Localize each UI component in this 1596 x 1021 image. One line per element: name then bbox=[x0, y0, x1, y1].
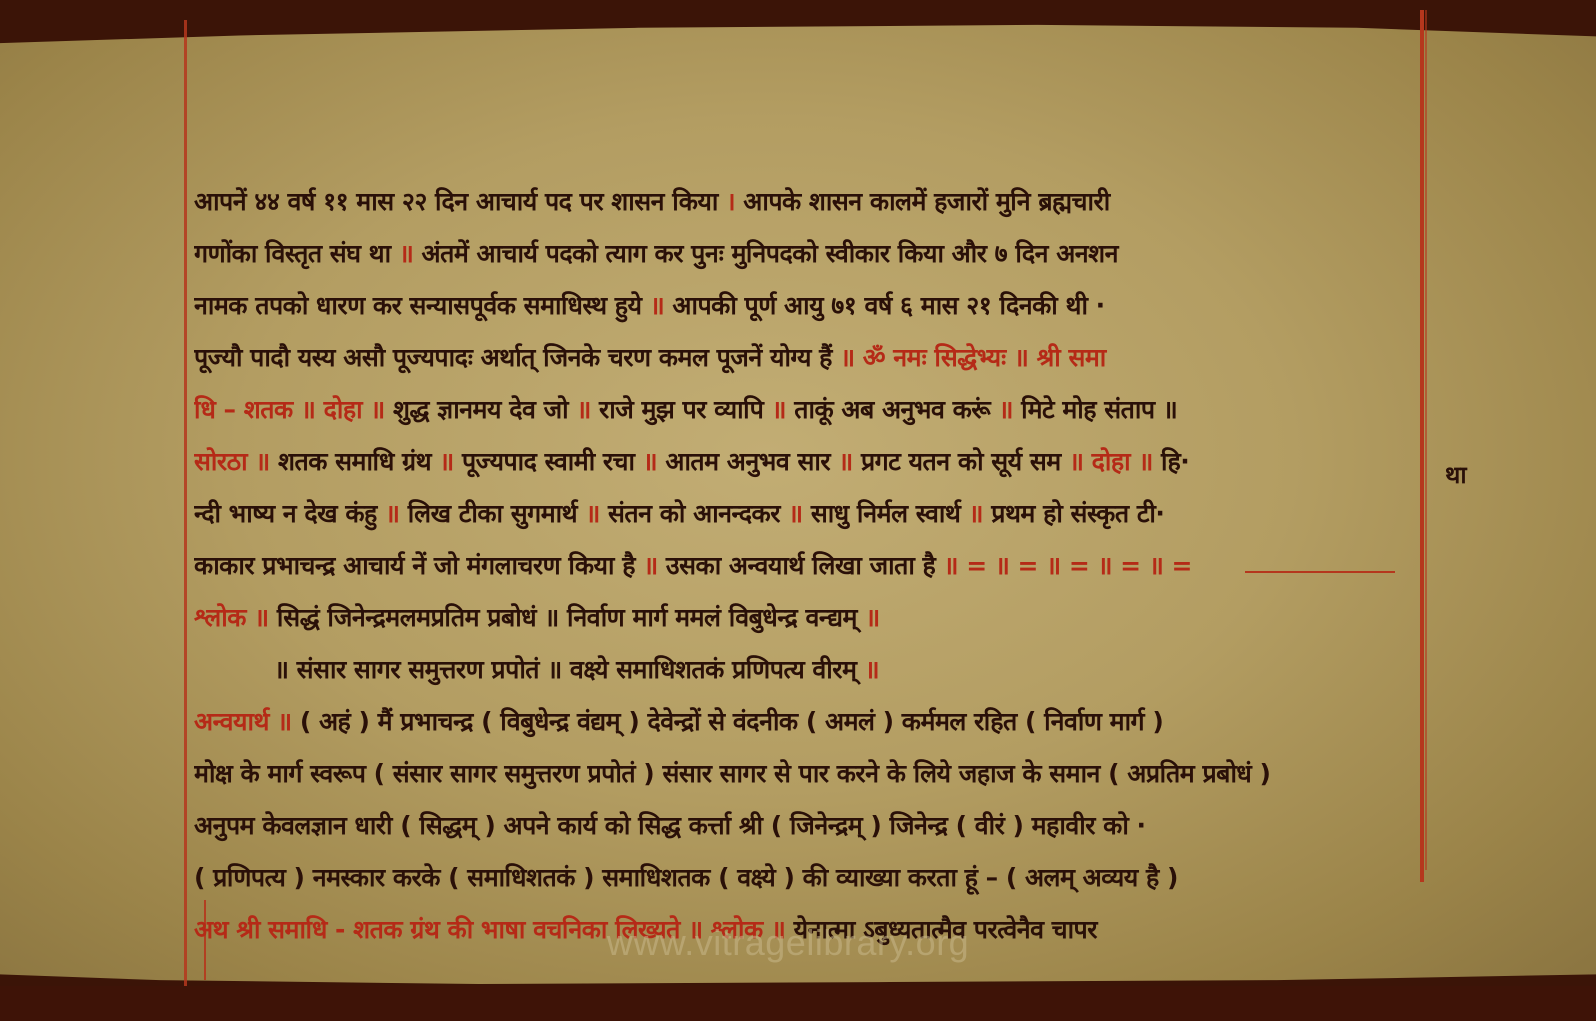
manuscript-line: ॥ संसार सागर समुत्तरण प्रपोतं ॥ वक्ष्ये … bbox=[194, 644, 1419, 696]
body-text: लिख टीका सुगमार्थ bbox=[399, 499, 585, 528]
body-text: अनुपम केवलज्ञान धारी ( सिद्धम् ) अपने का… bbox=[194, 811, 1146, 840]
manuscript-line: काकार प्रभाचन्द्र आचार्य नें जो मंगलाचरण… bbox=[194, 540, 1419, 592]
rubric-text: ॥ दोहा ॥ bbox=[1069, 447, 1153, 476]
watermark: www.vitragelibrary.org bbox=[548, 922, 1028, 964]
rubric-text: ॥ bbox=[643, 551, 657, 580]
body-text: नामक तपको धारण कर सन्यासपूर्वक समाधिस्थ … bbox=[194, 291, 650, 320]
manuscript-line: अनुपम केवलज्ञान धारी ( सिद्धम् ) अपने का… bbox=[194, 800, 1419, 852]
rubric-text: ॥ bbox=[439, 447, 453, 476]
manuscript-line: अन्वयार्थ ॥ ( अहं ) मैं प्रभाचन्द्र ( वि… bbox=[194, 696, 1419, 748]
manuscript-line: गणोंका विस्तृत संघ था ॥ अंतमें आचार्य पद… bbox=[194, 228, 1419, 280]
body-text: सिद्धं जिनेन्द्रमलमप्रतिम प्रबोधं ॥ निर्… bbox=[269, 603, 866, 632]
body-text: आपकी पूर्ण आयु ७१ वर्ष ६ मास २१ दिनकी थी… bbox=[664, 291, 1104, 320]
body-text: आपनें ४४ वर्ष ११ मास २२ दिन आचार्य पद पर… bbox=[194, 187, 726, 216]
body-text: उसका अन्वयार्थ लिखा जाता है bbox=[658, 551, 944, 580]
manuscript-line: सोरठा ॥ शतक समाधि ग्रंथ ॥ पूज्यपाद स्वाम… bbox=[194, 436, 1419, 488]
body-text: आपके शासन कालमें हजारों मुनि ब्रह्मचारी bbox=[735, 187, 1110, 216]
body-text: प्रथम हो संस्कृत टी· bbox=[983, 499, 1164, 528]
rubric-text: ॥ bbox=[385, 499, 399, 528]
body-text: राजे मुझ पर व्यापि bbox=[591, 395, 772, 424]
manuscript-photo: आपनें ४४ वर्ष ११ मास २२ दिन आचार्य पद पर… bbox=[0, 0, 1596, 1021]
rubric-text: ॥ bbox=[998, 395, 1012, 424]
rubric-text: सोरठा ॥ bbox=[194, 447, 270, 476]
body-text: ताकूं अब अनुभव करूं bbox=[786, 395, 998, 424]
rubric-text: ॥ bbox=[838, 447, 852, 476]
rubric-text: अन्वयार्थ ॥ bbox=[194, 707, 292, 736]
body-text: शतक समाधि ग्रंथ bbox=[270, 447, 440, 476]
body-text: मोक्ष के मार्ग स्वरूप ( संसार सागर समुत्… bbox=[194, 759, 1270, 788]
bottom-background-edge bbox=[0, 986, 1596, 1021]
left-margin-rule bbox=[184, 20, 187, 988]
body-text: पूज्यौ पादौ यस्य असौ पूज्यपादः अर्थात् ज… bbox=[194, 343, 840, 372]
rubric-text: ॥ bbox=[772, 395, 786, 424]
rubric-text: श्लोक ॥ bbox=[194, 603, 269, 632]
rubric-text: ॥ bbox=[865, 655, 879, 684]
rubric-text: ॥ = ॥ = ॥ = ॥ = ॥ = bbox=[944, 551, 1192, 580]
manuscript-line: ( प्रणिपत्य ) नमस्कार करके ( समाधिशतकं )… bbox=[194, 852, 1419, 904]
manuscript-line: श्लोक ॥ सिद्धं जिनेन्द्रमलमप्रतिम प्रबोध… bbox=[194, 592, 1419, 644]
rubric-text: ॥ bbox=[650, 291, 664, 320]
manuscript-text: आपनें ४४ वर्ष ११ मास २२ दिन आचार्य पद पर… bbox=[194, 176, 1419, 956]
rubric-text: ॥ bbox=[643, 447, 657, 476]
margin-note: था bbox=[1445, 458, 1467, 491]
body-text: हि· bbox=[1153, 447, 1189, 476]
manuscript-line: नामक तपको धारण कर सन्यासपूर्वक समाधिस्थ … bbox=[194, 280, 1419, 332]
rubric-text: ॥ bbox=[969, 499, 983, 528]
body-text: शुद्ध ज्ञानमय देव जो bbox=[385, 395, 577, 424]
red-dash-mark bbox=[1245, 571, 1395, 573]
body-text: अंतमें आचार्य पदको त्याग कर पुनः मुनिपदक… bbox=[413, 239, 1118, 268]
body-text: काकार प्रभाचन्द्र आचार्य नें जो मंगलाचरण… bbox=[194, 551, 643, 580]
body-text: ॥ संसार सागर समुत्तरण प्रपोतं ॥ वक्ष्ये … bbox=[274, 655, 865, 684]
rubric-text: ॥ bbox=[585, 499, 599, 528]
rubric-text: धि – शतक ॥ दोहा ॥ bbox=[194, 395, 385, 424]
body-text: संतन को आनन्दकर bbox=[600, 499, 788, 528]
body-text: गणोंका विस्तृत संघ था bbox=[194, 239, 399, 268]
body-text: न्दी भाष्य न देख कंहु bbox=[194, 499, 385, 528]
rubric-text: ॥ bbox=[865, 603, 879, 632]
rubric-text: ॥ bbox=[576, 395, 590, 424]
body-text: साधु निर्मल स्वार्थ bbox=[803, 499, 969, 528]
rubric-text: ॥ ॐ नमः सिद्धेभ्यः ॥ श्री समा bbox=[840, 343, 1106, 372]
body-text: ( अहं ) मैं प्रभाचन्द्र ( विबुधेन्द्र वं… bbox=[292, 707, 1164, 736]
manuscript-line: धि – शतक ॥ दोहा ॥ शुद्ध ज्ञानमय देव जो ॥… bbox=[194, 384, 1419, 436]
body-text: पूज्यपाद स्वामी रचा bbox=[454, 447, 643, 476]
manuscript-line: आपनें ४४ वर्ष ११ मास २२ दिन आचार्य पद पर… bbox=[194, 176, 1419, 228]
right-margin-rule-inner bbox=[1425, 10, 1427, 870]
body-text: प्रगट यतन को सूर्य सम bbox=[853, 447, 1069, 476]
manuscript-line: पूज्यौ पादौ यस्य असौ पूज्यपादः अर्थात् ज… bbox=[194, 332, 1419, 384]
rubric-text: ॥ bbox=[788, 499, 802, 528]
body-text: ( प्रणिपत्य ) नमस्कार करके ( समाधिशतकं )… bbox=[194, 863, 1178, 892]
manuscript-line: न्दी भाष्य न देख कंहु ॥ लिख टीका सुगमार्… bbox=[194, 488, 1419, 540]
right-margin-rule bbox=[1420, 10, 1424, 882]
body-text: मिटे मोह संताप ॥ bbox=[1013, 395, 1177, 424]
rubric-text: । bbox=[726, 187, 735, 216]
body-text: आतम अनुभव सार bbox=[657, 447, 838, 476]
manuscript-line: मोक्ष के मार्ग स्वरूप ( संसार सागर समुत्… bbox=[194, 748, 1419, 800]
rubric-text: ॥ bbox=[399, 239, 413, 268]
